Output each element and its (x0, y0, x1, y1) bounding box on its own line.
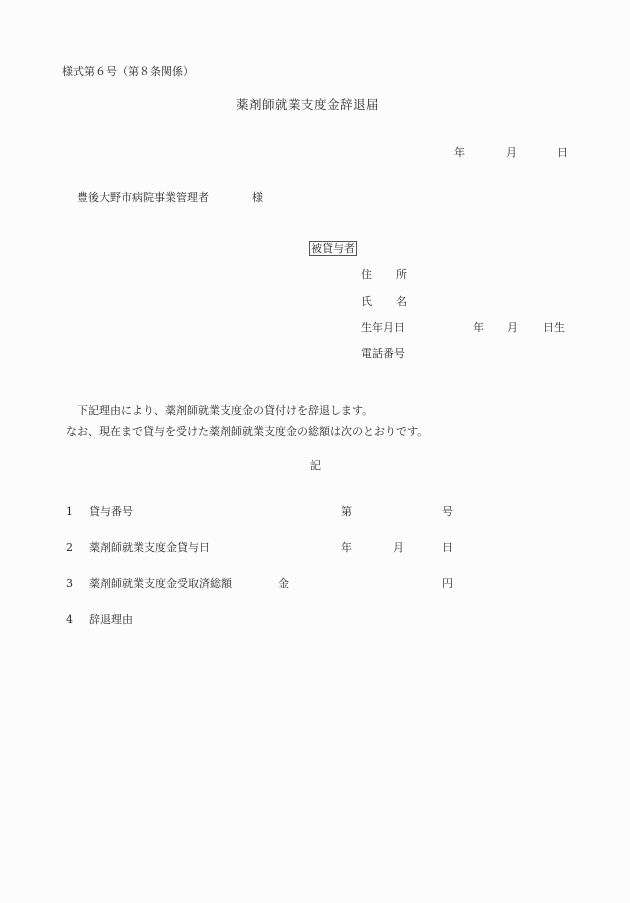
item-col-c: 日 (442, 541, 453, 555)
body-line-2: なお、現在まで貸与を受けた薬剤師就業支度金の総額は次のとおりです。 (66, 425, 428, 439)
name-label-2: 名 (396, 295, 407, 309)
addressee-name: 豊後大野市病院事業管理者 (77, 191, 209, 205)
item-col-c: 号 (442, 505, 453, 519)
borrower-label: 被貸与者 (309, 241, 357, 256)
item-number: 4 (66, 613, 73, 627)
addressee-honorific: 様 (252, 191, 263, 205)
item-col-b: 月 (393, 541, 404, 555)
body-line-1: 下記理由により、薬剤師就業支度金の貸付けを辞退します。 (77, 404, 373, 418)
phone-label: 電話番号 (361, 347, 405, 361)
name-label-1: 氏 (361, 295, 372, 309)
address-label-2: 所 (396, 268, 407, 282)
item-label: 薬剤師就業支度金受取済総額 (89, 577, 232, 591)
item-col-prefix: 金 (278, 577, 289, 591)
birth-day-label: 日生 (543, 321, 565, 335)
birth-month-label: 月 (507, 321, 518, 335)
item-col-a: 年 (341, 541, 352, 555)
address-label-1: 住 (361, 268, 372, 282)
birthdate-label: 生年月日 (361, 321, 405, 335)
item-col-c: 円 (442, 577, 453, 591)
document-title: 薬剤師就業支度金辞退届 (236, 98, 379, 112)
date-year-label: 年 (454, 146, 465, 160)
item-number: 2 (66, 541, 73, 555)
date-day-label: 日 (557, 146, 568, 160)
item-label: 貸与番号 (89, 505, 133, 519)
item-label: 辞退理由 (89, 613, 133, 627)
date-month-label: 月 (506, 146, 517, 160)
birth-year-label: 年 (473, 321, 484, 335)
item-label: 薬剤師就業支度金貸与日 (89, 541, 210, 555)
item-number: 1 (66, 505, 73, 519)
form-number: 様式第６号（第８条関係） (62, 65, 194, 79)
note-heading: 記 (310, 459, 321, 473)
item-col-a: 第 (341, 505, 352, 519)
item-number: 3 (66, 577, 73, 591)
